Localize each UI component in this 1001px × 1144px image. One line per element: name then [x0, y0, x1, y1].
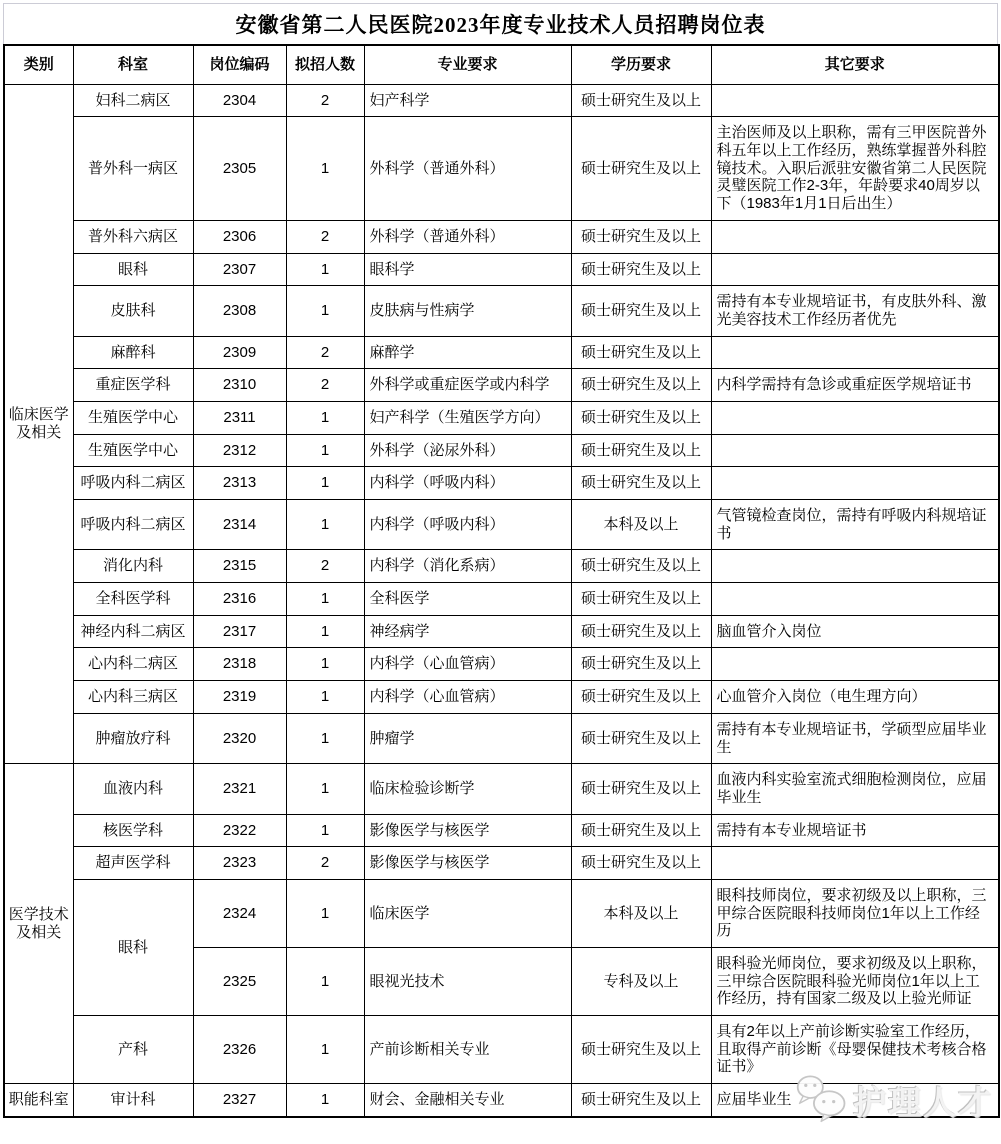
- position-code-cell: 2305: [193, 117, 286, 220]
- degree-requirement-cell: 硕士研究生及以上: [571, 401, 711, 434]
- degree-requirement-cell: 硕士研究生及以上: [571, 713, 711, 763]
- recruit-count-cell: 1: [286, 879, 364, 947]
- column-header-degree: 学历要求: [571, 45, 711, 84]
- position-code-cell: 2321: [193, 764, 286, 814]
- department-cell: 普外科一病区: [73, 117, 193, 220]
- table-row: 超声医学科23232影像医学与核医学硕士研究生及以上: [4, 847, 999, 880]
- recruit-count-cell: 2: [286, 550, 364, 583]
- recruit-count-cell: 2: [286, 847, 364, 880]
- department-cell: 消化内科: [73, 550, 193, 583]
- degree-requirement-cell: 硕士研究生及以上: [571, 434, 711, 467]
- major-requirement-cell: 内科学（心血管病）: [364, 648, 571, 681]
- position-code-cell: 2327: [193, 1084, 286, 1117]
- table-row: 产科23261产前诊断相关专业硕士研究生及以上具有2年以上产前诊断实验室工作经历…: [4, 1016, 999, 1084]
- degree-requirement-cell: 硕士研究生及以上: [571, 1016, 711, 1084]
- other-requirement-cell: [711, 467, 999, 500]
- degree-requirement-cell: 硕士研究生及以上: [571, 764, 711, 814]
- degree-requirement-cell: 硕士研究生及以上: [571, 814, 711, 847]
- page-title: 安徽省第二人民医院2023年度专业技术人员招聘岗位表: [236, 9, 766, 39]
- other-requirement-cell: 血液内科实验室流式细胞检测岗位，应届毕业生: [711, 764, 999, 814]
- department-cell: 皮肤科: [73, 286, 193, 336]
- degree-requirement-cell: 硕士研究生及以上: [571, 253, 711, 286]
- degree-requirement-cell: 硕士研究生及以上: [571, 583, 711, 616]
- department-cell: 眼科: [73, 253, 193, 286]
- recruit-count-cell: 1: [286, 253, 364, 286]
- recruit-count-cell: 1: [286, 117, 364, 220]
- other-requirement-cell: 具有2年以上产前诊断实验室工作经历，且取得产前诊断《母婴保健技术考核合格证书》: [711, 1016, 999, 1084]
- recruit-count-cell: 1: [286, 500, 364, 550]
- department-cell: 眼科: [73, 879, 193, 1015]
- other-requirement-cell: [711, 583, 999, 616]
- table-row: 眼科23071眼科学硕士研究生及以上: [4, 253, 999, 286]
- table-row: 临床医学及相关妇科二病区23042妇产科学硕士研究生及以上: [4, 84, 999, 117]
- position-code-cell: 2324: [193, 879, 286, 947]
- department-cell: 血液内科: [73, 764, 193, 814]
- recruit-count-cell: 1: [286, 713, 364, 763]
- table-row: 消化内科23152内科学（消化系病）硕士研究生及以上: [4, 550, 999, 583]
- department-cell: 心内科三病区: [73, 681, 193, 714]
- department-cell: 麻醉科: [73, 336, 193, 369]
- recruitment-table-page: 安徽省第二人民医院2023年度专业技术人员招聘岗位表 类别 科室 岗位编码 拟招…: [0, 0, 1001, 1144]
- other-requirement-cell: 气管镜检查岗位，需持有呼吸内科规培证书: [711, 500, 999, 550]
- recruit-count-cell: 1: [286, 615, 364, 648]
- department-cell: 呼吸内科二病区: [73, 467, 193, 500]
- table-row: 核医学科23221影像医学与核医学硕士研究生及以上需持有本专业规培证书: [4, 814, 999, 847]
- major-requirement-cell: 妇产科学（生殖医学方向）: [364, 401, 571, 434]
- column-header-count: 拟招人数: [286, 45, 364, 84]
- position-code-cell: 2316: [193, 583, 286, 616]
- degree-requirement-cell: 本科及以上: [571, 500, 711, 550]
- major-requirement-cell: 妇产科学: [364, 84, 571, 117]
- position-code-cell: 2306: [193, 220, 286, 253]
- recruit-count-cell: 2: [286, 336, 364, 369]
- degree-requirement-cell: 硕士研究生及以上: [571, 550, 711, 583]
- other-requirement-cell: 脑血管介入岗位: [711, 615, 999, 648]
- table-row: 眼科23241临床医学本科及以上眼科技师岗位，要求初级及以上职称，三甲综合医院眼…: [4, 879, 999, 947]
- degree-requirement-cell: 硕士研究生及以上: [571, 286, 711, 336]
- position-code-cell: 2312: [193, 434, 286, 467]
- table-row: 呼吸内科二病区23131内科学（呼吸内科）硕士研究生及以上: [4, 467, 999, 500]
- other-requirement-cell: 需持有本专业规培证书，学硕型应届毕业生: [711, 713, 999, 763]
- degree-requirement-cell: 硕士研究生及以上: [571, 220, 711, 253]
- department-cell: 审计科: [73, 1084, 193, 1117]
- recruit-count-cell: 1: [286, 1084, 364, 1117]
- degree-requirement-cell: 硕士研究生及以上: [571, 467, 711, 500]
- major-requirement-cell: 神经病学: [364, 615, 571, 648]
- department-cell: 重症医学科: [73, 369, 193, 402]
- major-requirement-cell: 内科学（消化系病）: [364, 550, 571, 583]
- position-code-cell: 2320: [193, 713, 286, 763]
- other-requirement-cell: 应届毕业生: [711, 1084, 999, 1117]
- position-code-cell: 2322: [193, 814, 286, 847]
- department-cell: 全科医学科: [73, 583, 193, 616]
- table-row: 医学技术及相关血液内科23211临床检验诊断学硕士研究生及以上血液内科实验室流式…: [4, 764, 999, 814]
- department-cell: 产科: [73, 1016, 193, 1084]
- table-row: 心内科二病区23181内科学（心血管病）硕士研究生及以上: [4, 648, 999, 681]
- position-code-cell: 2311: [193, 401, 286, 434]
- department-cell: 生殖医学中心: [73, 434, 193, 467]
- header-row: 类别 科室 岗位编码 拟招人数 专业要求 学历要求 其它要求: [4, 45, 999, 84]
- table-row: 神经内科二病区23171神经病学硕士研究生及以上脑血管介入岗位: [4, 615, 999, 648]
- major-requirement-cell: 内科学（呼吸内科）: [364, 500, 571, 550]
- other-requirement-cell: 内科学需持有急诊或重症医学规培证书: [711, 369, 999, 402]
- recruit-count-cell: 1: [286, 648, 364, 681]
- category-cell: 医学技术及相关: [4, 764, 73, 1084]
- position-code-cell: 2319: [193, 681, 286, 714]
- department-cell: 肿瘤放疗科: [73, 713, 193, 763]
- other-requirement-cell: 眼科技师岗位，要求初级及以上职称，三甲综合医院眼科技师岗位1年以上工作经历: [711, 879, 999, 947]
- major-requirement-cell: 皮肤病与性病学: [364, 286, 571, 336]
- position-code-cell: 2318: [193, 648, 286, 681]
- major-requirement-cell: 外科学（普通外科）: [364, 220, 571, 253]
- column-header-code: 岗位编码: [193, 45, 286, 84]
- other-requirement-cell: [711, 220, 999, 253]
- position-code-cell: 2317: [193, 615, 286, 648]
- table-row: 普外科六病区23062外科学（普通外科）硕士研究生及以上: [4, 220, 999, 253]
- table-row: 职能科室审计科23271财会、金融相关专业硕士研究生及以上应届毕业生: [4, 1084, 999, 1117]
- degree-requirement-cell: 硕士研究生及以上: [571, 681, 711, 714]
- table-row: 全科医学科23161全科医学硕士研究生及以上: [4, 583, 999, 616]
- table-row: 皮肤科23081皮肤病与性病学硕士研究生及以上需持有本专业规培证书，有皮肤外科、…: [4, 286, 999, 336]
- department-cell: 神经内科二病区: [73, 615, 193, 648]
- other-requirement-cell: 心血管介入岗位（电生理方向）: [711, 681, 999, 714]
- other-requirement-cell: 眼科验光师岗位，要求初级及以上职称，三甲综合医院眼科验光师岗位1年以上工作经历，…: [711, 948, 999, 1016]
- position-code-cell: 2310: [193, 369, 286, 402]
- department-cell: 生殖医学中心: [73, 401, 193, 434]
- table-row: 生殖医学中心23121外科学（泌尿外科）硕士研究生及以上: [4, 434, 999, 467]
- department-cell: 普外科六病区: [73, 220, 193, 253]
- recruit-count-cell: 1: [286, 401, 364, 434]
- department-cell: 心内科二病区: [73, 648, 193, 681]
- recruit-count-cell: 1: [286, 764, 364, 814]
- major-requirement-cell: 财会、金融相关专业: [364, 1084, 571, 1117]
- position-code-cell: 2309: [193, 336, 286, 369]
- column-header-major: 专业要求: [364, 45, 571, 84]
- position-code-cell: 2314: [193, 500, 286, 550]
- major-requirement-cell: 内科学（心血管病）: [364, 681, 571, 714]
- position-code-cell: 2326: [193, 1016, 286, 1084]
- other-requirement-cell: [711, 648, 999, 681]
- degree-requirement-cell: 硕士研究生及以上: [571, 847, 711, 880]
- degree-requirement-cell: 硕士研究生及以上: [571, 369, 711, 402]
- position-code-cell: 2325: [193, 948, 286, 1016]
- table-header: 类别 科室 岗位编码 拟招人数 专业要求 学历要求 其它要求: [4, 45, 999, 84]
- major-requirement-cell: 眼科学: [364, 253, 571, 286]
- other-requirement-cell: [711, 550, 999, 583]
- degree-requirement-cell: 硕士研究生及以上: [571, 615, 711, 648]
- major-requirement-cell: 影像医学与核医学: [364, 814, 571, 847]
- degree-requirement-cell: 硕士研究生及以上: [571, 336, 711, 369]
- other-requirement-cell: 需持有本专业规培证书: [711, 814, 999, 847]
- position-code-cell: 2313: [193, 467, 286, 500]
- department-cell: 呼吸内科二病区: [73, 500, 193, 550]
- degree-requirement-cell: 硕士研究生及以上: [571, 648, 711, 681]
- major-requirement-cell: 临床医学: [364, 879, 571, 947]
- table-body: 临床医学及相关妇科二病区23042妇产科学硕士研究生及以上普外科一病区23051…: [4, 84, 999, 1117]
- position-code-cell: 2307: [193, 253, 286, 286]
- recruit-count-cell: 1: [286, 1016, 364, 1084]
- recruit-count-cell: 2: [286, 220, 364, 253]
- degree-requirement-cell: 硕士研究生及以上: [571, 117, 711, 220]
- other-requirement-cell: [711, 401, 999, 434]
- column-header-department: 科室: [73, 45, 193, 84]
- recruit-count-cell: 1: [286, 583, 364, 616]
- major-requirement-cell: 外科学（普通外科）: [364, 117, 571, 220]
- degree-requirement-cell: 本科及以上: [571, 879, 711, 947]
- degree-requirement-cell: 硕士研究生及以上: [571, 1084, 711, 1117]
- category-cell: 临床医学及相关: [4, 84, 73, 764]
- category-cell: 职能科室: [4, 1084, 73, 1117]
- major-requirement-cell: 全科医学: [364, 583, 571, 616]
- table-row: 呼吸内科二病区23141内科学（呼吸内科）本科及以上气管镜检查岗位，需持有呼吸内…: [4, 500, 999, 550]
- position-code-cell: 2304: [193, 84, 286, 117]
- department-cell: 超声医学科: [73, 847, 193, 880]
- recruit-count-cell: 1: [286, 948, 364, 1016]
- position-code-cell: 2308: [193, 286, 286, 336]
- table-row: 肿瘤放疗科23201肿瘤学硕士研究生及以上需持有本专业规培证书，学硕型应届毕业生: [4, 713, 999, 763]
- column-header-category: 类别: [4, 45, 73, 84]
- table-row: 生殖医学中心23111妇产科学（生殖医学方向）硕士研究生及以上: [4, 401, 999, 434]
- recruit-count-cell: 1: [286, 286, 364, 336]
- table-row: 普外科一病区23051外科学（普通外科）硕士研究生及以上主治医师及以上职称，需有…: [4, 117, 999, 220]
- table-row: 麻醉科23092麻醉学硕士研究生及以上: [4, 336, 999, 369]
- degree-requirement-cell: 专科及以上: [571, 948, 711, 1016]
- other-requirement-cell: [711, 847, 999, 880]
- table-title-box: 安徽省第二人民医院2023年度专业技术人员招聘岗位表: [3, 3, 998, 44]
- major-requirement-cell: 肿瘤学: [364, 713, 571, 763]
- other-requirement-cell: [711, 84, 999, 117]
- major-requirement-cell: 内科学（呼吸内科）: [364, 467, 571, 500]
- recruit-count-cell: 1: [286, 434, 364, 467]
- degree-requirement-cell: 硕士研究生及以上: [571, 84, 711, 117]
- recruit-count-cell: 2: [286, 369, 364, 402]
- position-code-cell: 2323: [193, 847, 286, 880]
- department-cell: 核医学科: [73, 814, 193, 847]
- other-requirement-cell: 主治医师及以上职称，需有三甲医院普外科五年以上工作经历，熟练掌握普外科腔镜技术。…: [711, 117, 999, 220]
- major-requirement-cell: 外科学或重症医学或内科学: [364, 369, 571, 402]
- recruit-count-cell: 1: [286, 814, 364, 847]
- recruitment-table: 类别 科室 岗位编码 拟招人数 专业要求 学历要求 其它要求 临床医学及相关妇科…: [3, 44, 1000, 1118]
- other-requirement-cell: [711, 336, 999, 369]
- major-requirement-cell: 外科学（泌尿外科）: [364, 434, 571, 467]
- major-requirement-cell: 产前诊断相关专业: [364, 1016, 571, 1084]
- other-requirement-cell: [711, 253, 999, 286]
- other-requirement-cell: 需持有本专业规培证书，有皮肤外科、激光美容技术工作经历者优先: [711, 286, 999, 336]
- recruit-count-cell: 2: [286, 84, 364, 117]
- position-code-cell: 2315: [193, 550, 286, 583]
- table-row: 重症医学科23102外科学或重症医学或内科学硕士研究生及以上内科学需持有急诊或重…: [4, 369, 999, 402]
- major-requirement-cell: 麻醉学: [364, 336, 571, 369]
- recruit-count-cell: 1: [286, 467, 364, 500]
- column-header-other: 其它要求: [711, 45, 999, 84]
- major-requirement-cell: 影像医学与核医学: [364, 847, 571, 880]
- department-cell: 妇科二病区: [73, 84, 193, 117]
- major-requirement-cell: 临床检验诊断学: [364, 764, 571, 814]
- table-row: 心内科三病区23191内科学（心血管病）硕士研究生及以上心血管介入岗位（电生理方…: [4, 681, 999, 714]
- recruit-count-cell: 1: [286, 681, 364, 714]
- major-requirement-cell: 眼视光技术: [364, 948, 571, 1016]
- other-requirement-cell: [711, 434, 999, 467]
